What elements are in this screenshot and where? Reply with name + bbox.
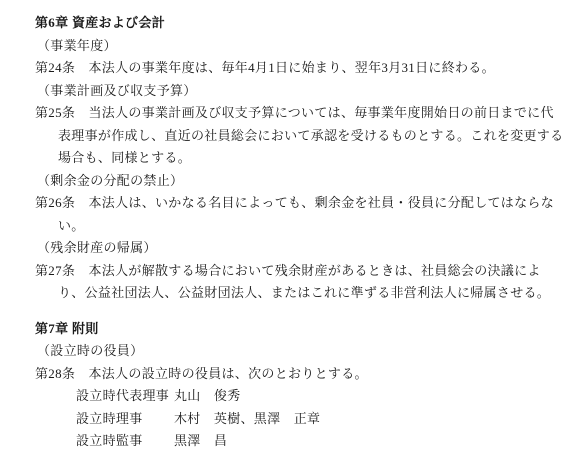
- article-26-line-1: 第26条 本法人は、いかなる名目によっても、剰余金を社員・役員に分配してはならな: [35, 192, 537, 215]
- section-caption-residual-assets: （残余財産の帰属）: [35, 237, 537, 260]
- article-24-line-1: 第24条 本法人の事業年度は、毎年4月1日に始まり、翌年3月31日に終わる。: [35, 57, 537, 80]
- officer-row-auditor: 設立時監事 黒澤 昌: [35, 430, 537, 453]
- document-page: 第6章 資産および会計 （事業年度） 第24条 本法人の事業年度は、毎年4月1日…: [0, 0, 565, 454]
- officer-role: 設立時監事: [76, 430, 174, 453]
- chapter-6-title: 第6章 資産および会計: [35, 12, 537, 35]
- officer-role: 設立時理事: [76, 408, 174, 431]
- officer-name: 黒澤 昌: [174, 430, 227, 453]
- officer-row-directors: 設立時理事 木村 英樹、黒澤 正章: [35, 408, 537, 431]
- officer-row-representative-director: 設立時代表理事 丸山 俊秀: [35, 385, 537, 408]
- article-26-line-2: い。: [35, 215, 537, 238]
- officer-name: 木村 英樹、黒澤 正章: [174, 408, 320, 431]
- section-caption-business-plan-budget: （事業計画及び収支予算）: [35, 80, 537, 103]
- article-27-line-2: り、公益社団法人、公益財団法人、またはこれに準ずる非営利法人に帰属させる。: [35, 282, 537, 305]
- article-25-line-1: 第25条 当法人の事業計画及び収支予算については、毎事業年度開始日の前日までに代: [35, 102, 537, 125]
- article-27-line-1: 第27条 本法人が解散する場合において残余財産があるときは、社員総会の決議によ: [35, 260, 537, 283]
- section-caption-surplus-distribution-ban: （剰余金の分配の禁止）: [35, 170, 537, 193]
- article-25-line-3: 場合も、同様とする。: [35, 147, 537, 170]
- officer-name: 丸山 俊秀: [174, 385, 241, 408]
- article-28-line-1: 第28条 本法人の設立時の役員は、次のとおりとする。: [35, 363, 537, 386]
- article-25-line-2: 表理事が作成し、直近の社員総会において承認を受けるものとする。これを変更する: [35, 125, 537, 148]
- chapter-7-title: 第7章 附則: [35, 318, 537, 341]
- officer-role: 設立時代表理事: [76, 385, 174, 408]
- section-caption-founding-officers: （設立時の役員）: [35, 340, 537, 363]
- section-caption-business-year: （事業年度）: [35, 35, 537, 58]
